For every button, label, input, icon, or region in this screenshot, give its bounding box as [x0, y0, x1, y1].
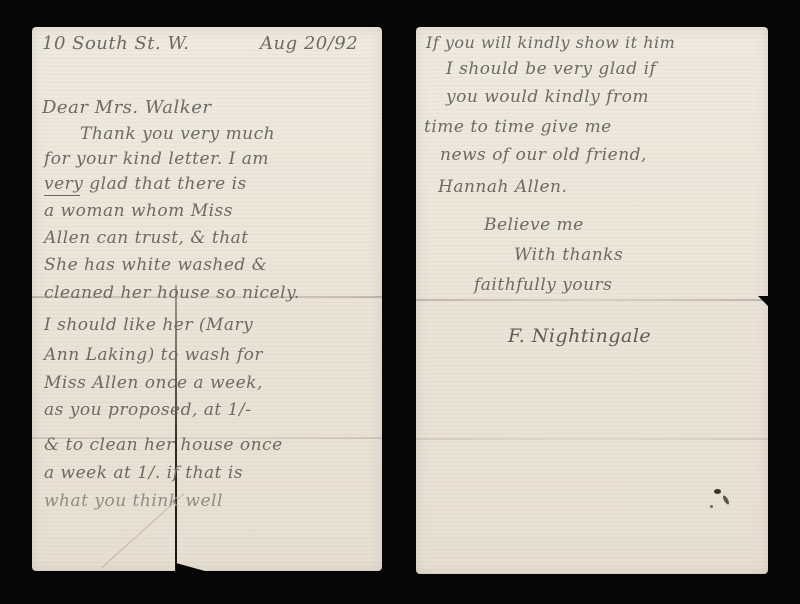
letter-line: as you proposed, at 1/- [44, 402, 251, 419]
letter-line: I should be very glad if [446, 61, 656, 78]
letter-line: for your kind letter. I am [44, 151, 269, 168]
letter-date: Aug 20/92 [260, 35, 358, 53]
letter-line: She has white washed & [44, 257, 267, 274]
letter-line: you would kindly from [446, 89, 649, 106]
letter-line: Hannah Allen. [438, 179, 567, 196]
letter-line: I should like her (Mary [44, 317, 253, 334]
letter-line: a woman whom Miss [44, 203, 233, 220]
letter-line: what you think well [44, 493, 223, 510]
letter-page-left: 10 South St. W. Aug 20/92 Dear Mrs. Walk… [32, 27, 382, 571]
letter-line: cleaned her house so nicely. [44, 285, 300, 302]
letter-closing: faithfully yours [474, 277, 612, 294]
underline-mark [44, 195, 80, 196]
letter-line: very glad that there is [44, 176, 247, 193]
letter-line: time to time give me [424, 119, 612, 136]
letter-signature: F. Nightingale [508, 327, 651, 346]
letter-line: & to clean her house once [44, 437, 283, 454]
letter-line: Thank you very much [80, 126, 275, 143]
ink-stain [714, 489, 721, 494]
letter-line: Miss Allen once a week, [44, 375, 263, 392]
letter-closing: With thanks [514, 247, 623, 264]
fold-crease [416, 438, 768, 440]
letter-line: Ann Laking) to wash for [44, 347, 263, 364]
ink-stain [722, 495, 730, 506]
letter-line: news of our old friend, [440, 147, 647, 164]
fold-crease [416, 299, 768, 301]
letter-salutation: Dear Mrs. Walker [42, 99, 211, 117]
letter-line: a week at 1/. if that is [44, 465, 243, 482]
letter-page-right: If you will kindly show it him I should … [416, 27, 768, 574]
ink-stain [710, 505, 713, 508]
letter-line: If you will kindly show it him [426, 35, 675, 51]
letter-closing: Believe me [484, 217, 584, 234]
letter-line: Allen can trust, & that [44, 230, 249, 247]
letter-address: 10 South St. W. [42, 35, 190, 53]
